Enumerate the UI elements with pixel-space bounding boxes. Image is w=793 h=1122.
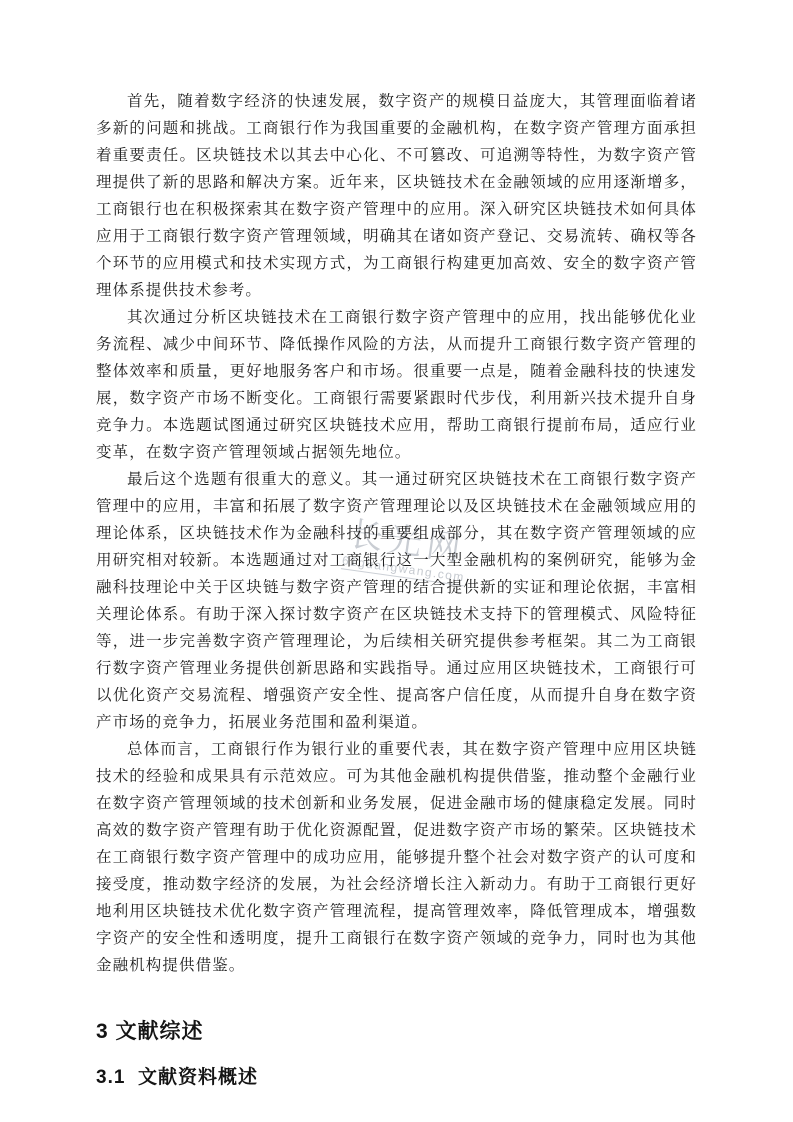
body-paragraph-1: 首先，随着数字经济的快速发展，数字资产的规模日益庞大，其管理面临着诸多新的问题和… (96, 88, 697, 304)
section-heading: 3 文献综述 (96, 1015, 697, 1045)
body-paragraph-2: 其次通过分析区块链技术在工商银行数字资产管理中的应用，找出能够优化业务流程、减少… (96, 304, 697, 466)
subsection-heading: 3.1 文献资料概述 (96, 1062, 697, 1089)
body-paragraph-4: 总体而言，工商银行作为银行业的重要代表，其在数字资产管理中应用区块链技术的经验和… (96, 736, 697, 979)
body-paragraph-3: 最后这个选题有很重大的意义。其一通过研究区块链技术在工商银行数字资产管理中的应用… (96, 466, 697, 736)
document-page: 长光网 61guangwang.com 首先，随着数字经济的快速发展，数字资产的… (0, 0, 793, 1122)
document-content: 首先，随着数字经济的快速发展，数字资产的规模日益庞大，其管理面临着诸多新的问题和… (96, 88, 697, 1089)
